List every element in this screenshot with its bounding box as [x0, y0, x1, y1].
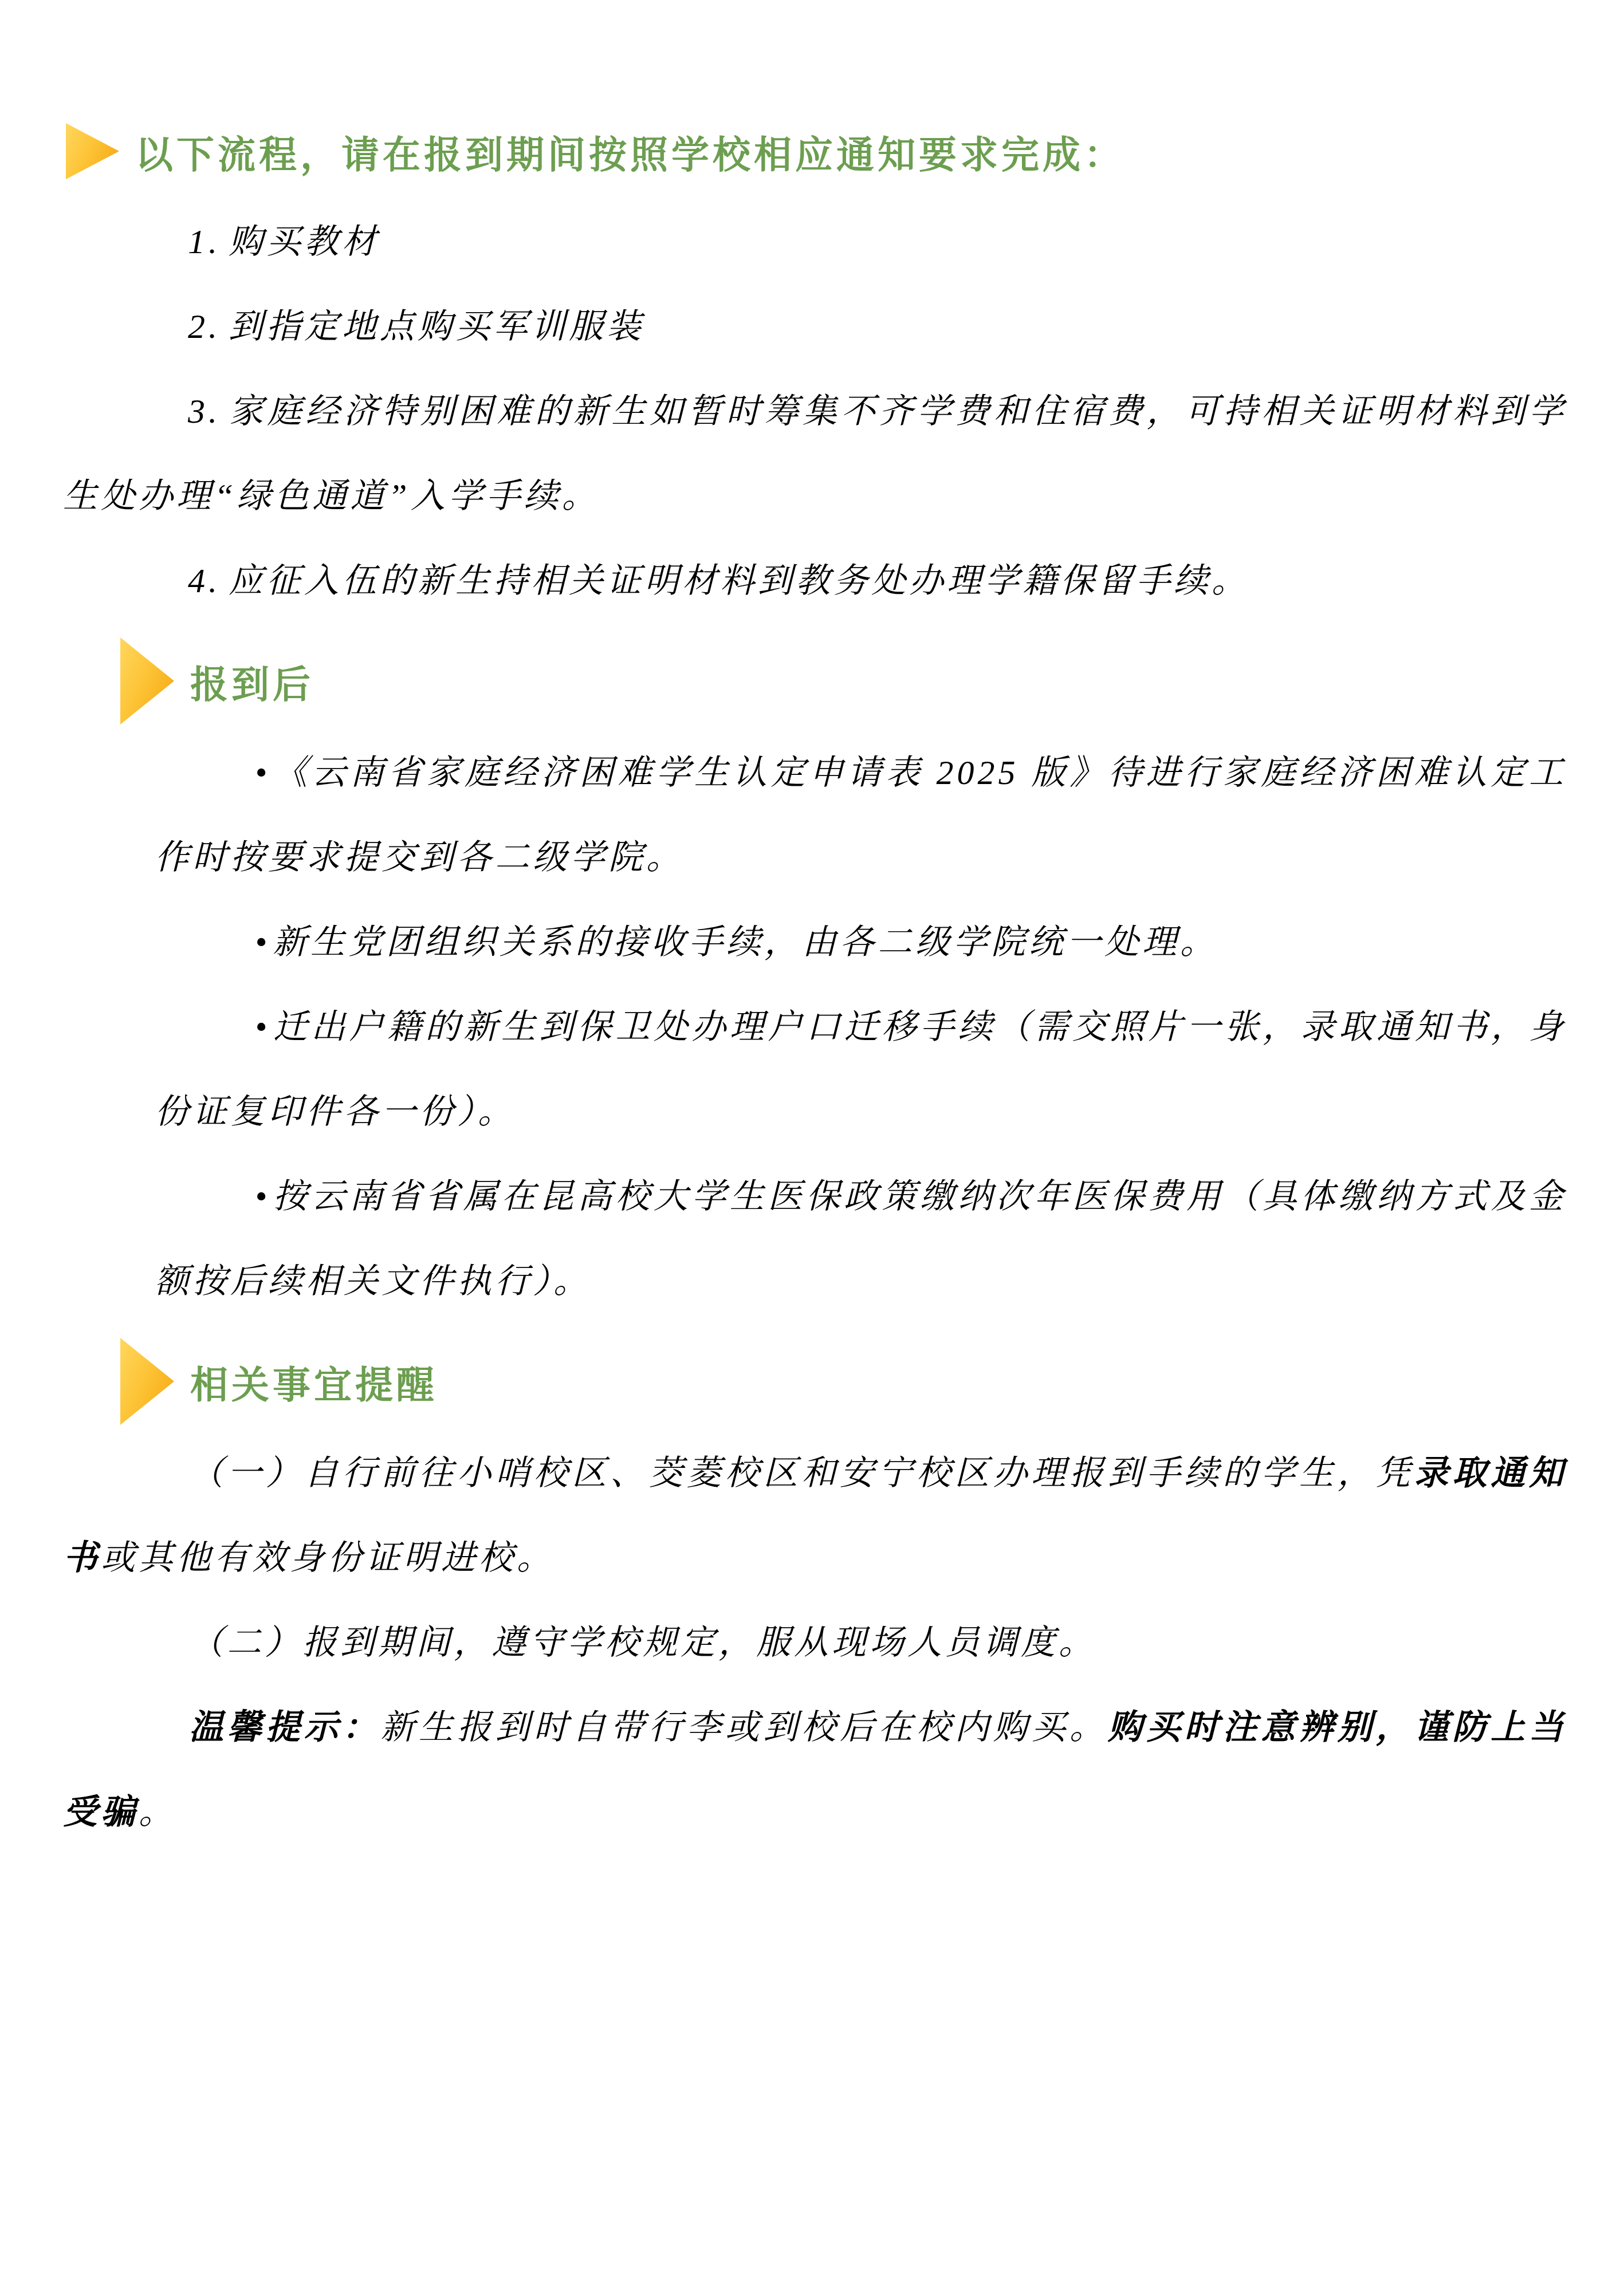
bullet-item-2: •新生党团组织关系的接收手续，由各二级学院统一处理。 — [63, 900, 1567, 984]
paragraph-one: （一）自行前往小哨校区、茭菱校区和安宁校区办理报到手续的学生，凭录取通知书或其他… — [63, 1431, 1567, 1600]
heading-text: 以下流程，请在报到期间按照学校相应通知要求完成： — [135, 124, 1125, 179]
bullet-icon: • — [255, 1177, 270, 1215]
paragraph-text: （一）自行前往小哨校区、茭菱校区和安宁校区办理报到手续的学生，凭 — [189, 1454, 1414, 1492]
item-number: 2. — [188, 308, 221, 345]
bullet-text: 新生党团组织关系的接收手续，由各二级学院统一处理。 — [273, 923, 1218, 961]
bullet-icon: • — [255, 754, 270, 791]
section-heading-procedures: 以下流程，请在报到期间按照学校相应通知要求完成： — [63, 115, 1567, 188]
arrow-right-icon — [120, 637, 174, 724]
bullet-icon: • — [255, 1008, 270, 1046]
numbered-item-3: 3.家庭经济特别困难的新生如暂时筹集不齐学费和住宿费，可持相关证明材料到学生处办… — [63, 369, 1567, 538]
item-text: 家庭经济特别困难的新生如暂时筹集不齐学费和住宿费，可持相关证明材料到学生处办理“… — [63, 392, 1567, 515]
item-text: 购买教材 — [229, 223, 380, 261]
document-page: 以下流程，请在报到期间按照学校相应通知要求完成： 1.购买教材 2.到指定地点购… — [0, 0, 1624, 2296]
heading-text: 报到后 — [190, 654, 314, 708]
bullet-icon: • — [255, 923, 270, 961]
numbered-item-2: 2.到指定地点购买军训服装 — [63, 284, 1567, 369]
item-number: 1. — [188, 223, 221, 261]
item-text: 到指定地点购买军训服装 — [229, 308, 644, 345]
bullet-text: 迁出户籍的新生到保卫处办理户口迁移手续（需交照片一张，录取通知书，身份证复印件各… — [155, 1008, 1567, 1131]
bullet-text: 按云南省省属在昆高校大学生医保政策缴纳次年医保费用（具体缴纳方式及金额按后续相关… — [155, 1177, 1567, 1300]
arrow-right-icon — [120, 1338, 174, 1425]
paragraph-two: （二）报到期间，遵守学校规定，服从现场人员调度。 — [63, 1600, 1567, 1685]
paragraph-text: （二）报到期间，遵守学校规定，服从现场人员调度。 — [189, 1624, 1096, 1661]
bullet-item-4: •按云南省省属在昆高校大学生医保政策缴纳次年医保费用（具体缴纳方式及金额按后续相… — [63, 1154, 1567, 1324]
paragraph-warm-tip: 温馨提示：新生报到时自带行李或到校后在校内购买。购买时注意辨别，谨防上当受骗。 — [63, 1685, 1567, 1854]
numbered-item-1: 1.购买教材 — [63, 199, 1567, 284]
bold-tip-label: 温馨提示： — [189, 1708, 380, 1746]
paragraph-text: 新生报到时自带行李或到校后在校内购买。 — [380, 1708, 1108, 1746]
item-number: 4. — [188, 562, 221, 600]
bullet-item-1: •《云南省家庭经济困难学生认定申请表 2025 版》待进行家庭经济困难认定工作时… — [63, 730, 1567, 900]
section-heading-after-registration: 报到后 — [63, 637, 1567, 724]
section-heading-reminders: 相关事宜提醒 — [63, 1338, 1567, 1425]
bullet-text: 《云南省家庭经济困难学生认定申请表 2025 版》待进行家庭经济困难认定工作时按… — [155, 754, 1567, 876]
paragraph-text: 或其他有效身份证明进校。 — [101, 1539, 555, 1577]
arrow-right-icon — [66, 123, 119, 179]
paragraph-text: 。 — [139, 1793, 176, 1831]
bullet-item-3: •迁出户籍的新生到保卫处办理户口迁移手续（需交照片一张，录取通知书，身份证复印件… — [63, 984, 1567, 1154]
item-number: 3. — [188, 392, 221, 430]
numbered-item-4: 4.应征入伍的新生持相关证明材料到教务处办理学籍保留手续。 — [63, 538, 1567, 623]
heading-text: 相关事宜提醒 — [190, 1354, 438, 1409]
item-text: 应征入伍的新生持相关证明材料到教务处办理学籍保留手续。 — [229, 562, 1249, 600]
